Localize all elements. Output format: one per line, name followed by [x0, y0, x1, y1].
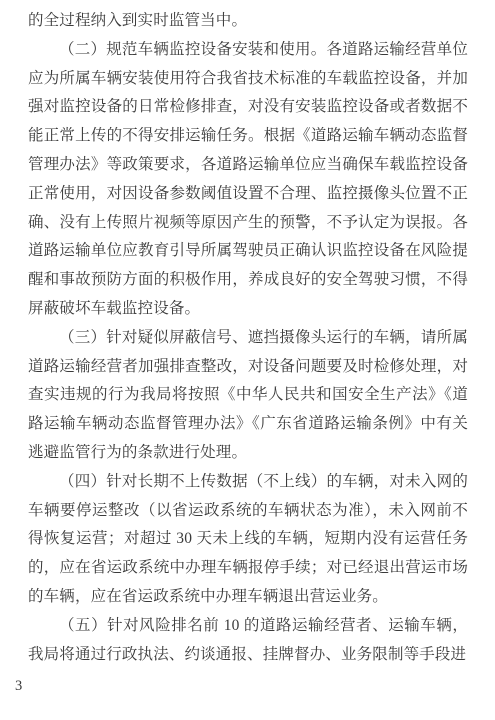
paragraph-item-5: （五）针对风险排名前 10 的道路运输经营者、运输车辆，我局将通过行政执法、约谈…: [28, 612, 468, 670]
paragraph-item-4: （四）针对长期不上传数据（不上线）的车辆，对未入网的车辆要停运整改（以省运政系统…: [28, 468, 468, 612]
paragraph-item-2: （二）规范车辆监控设备安装和使用。各道路运输经营单位应为所属车辆安装使用符合我省…: [28, 36, 468, 324]
paragraph-continuation: 的全过程纳入到实时监管当中。: [28, 7, 468, 36]
page-number: 3: [15, 676, 22, 696]
document-page: 的全过程纳入到实时监管当中。 （二）规范车辆监控设备安装和使用。各道路运输经营单…: [28, 7, 468, 669]
paragraph-item-3: （三）针对疑似屏蔽信号、遮挡摄像头运行的车辆，请所属道路运输经营者加强排查整改，…: [28, 324, 468, 468]
